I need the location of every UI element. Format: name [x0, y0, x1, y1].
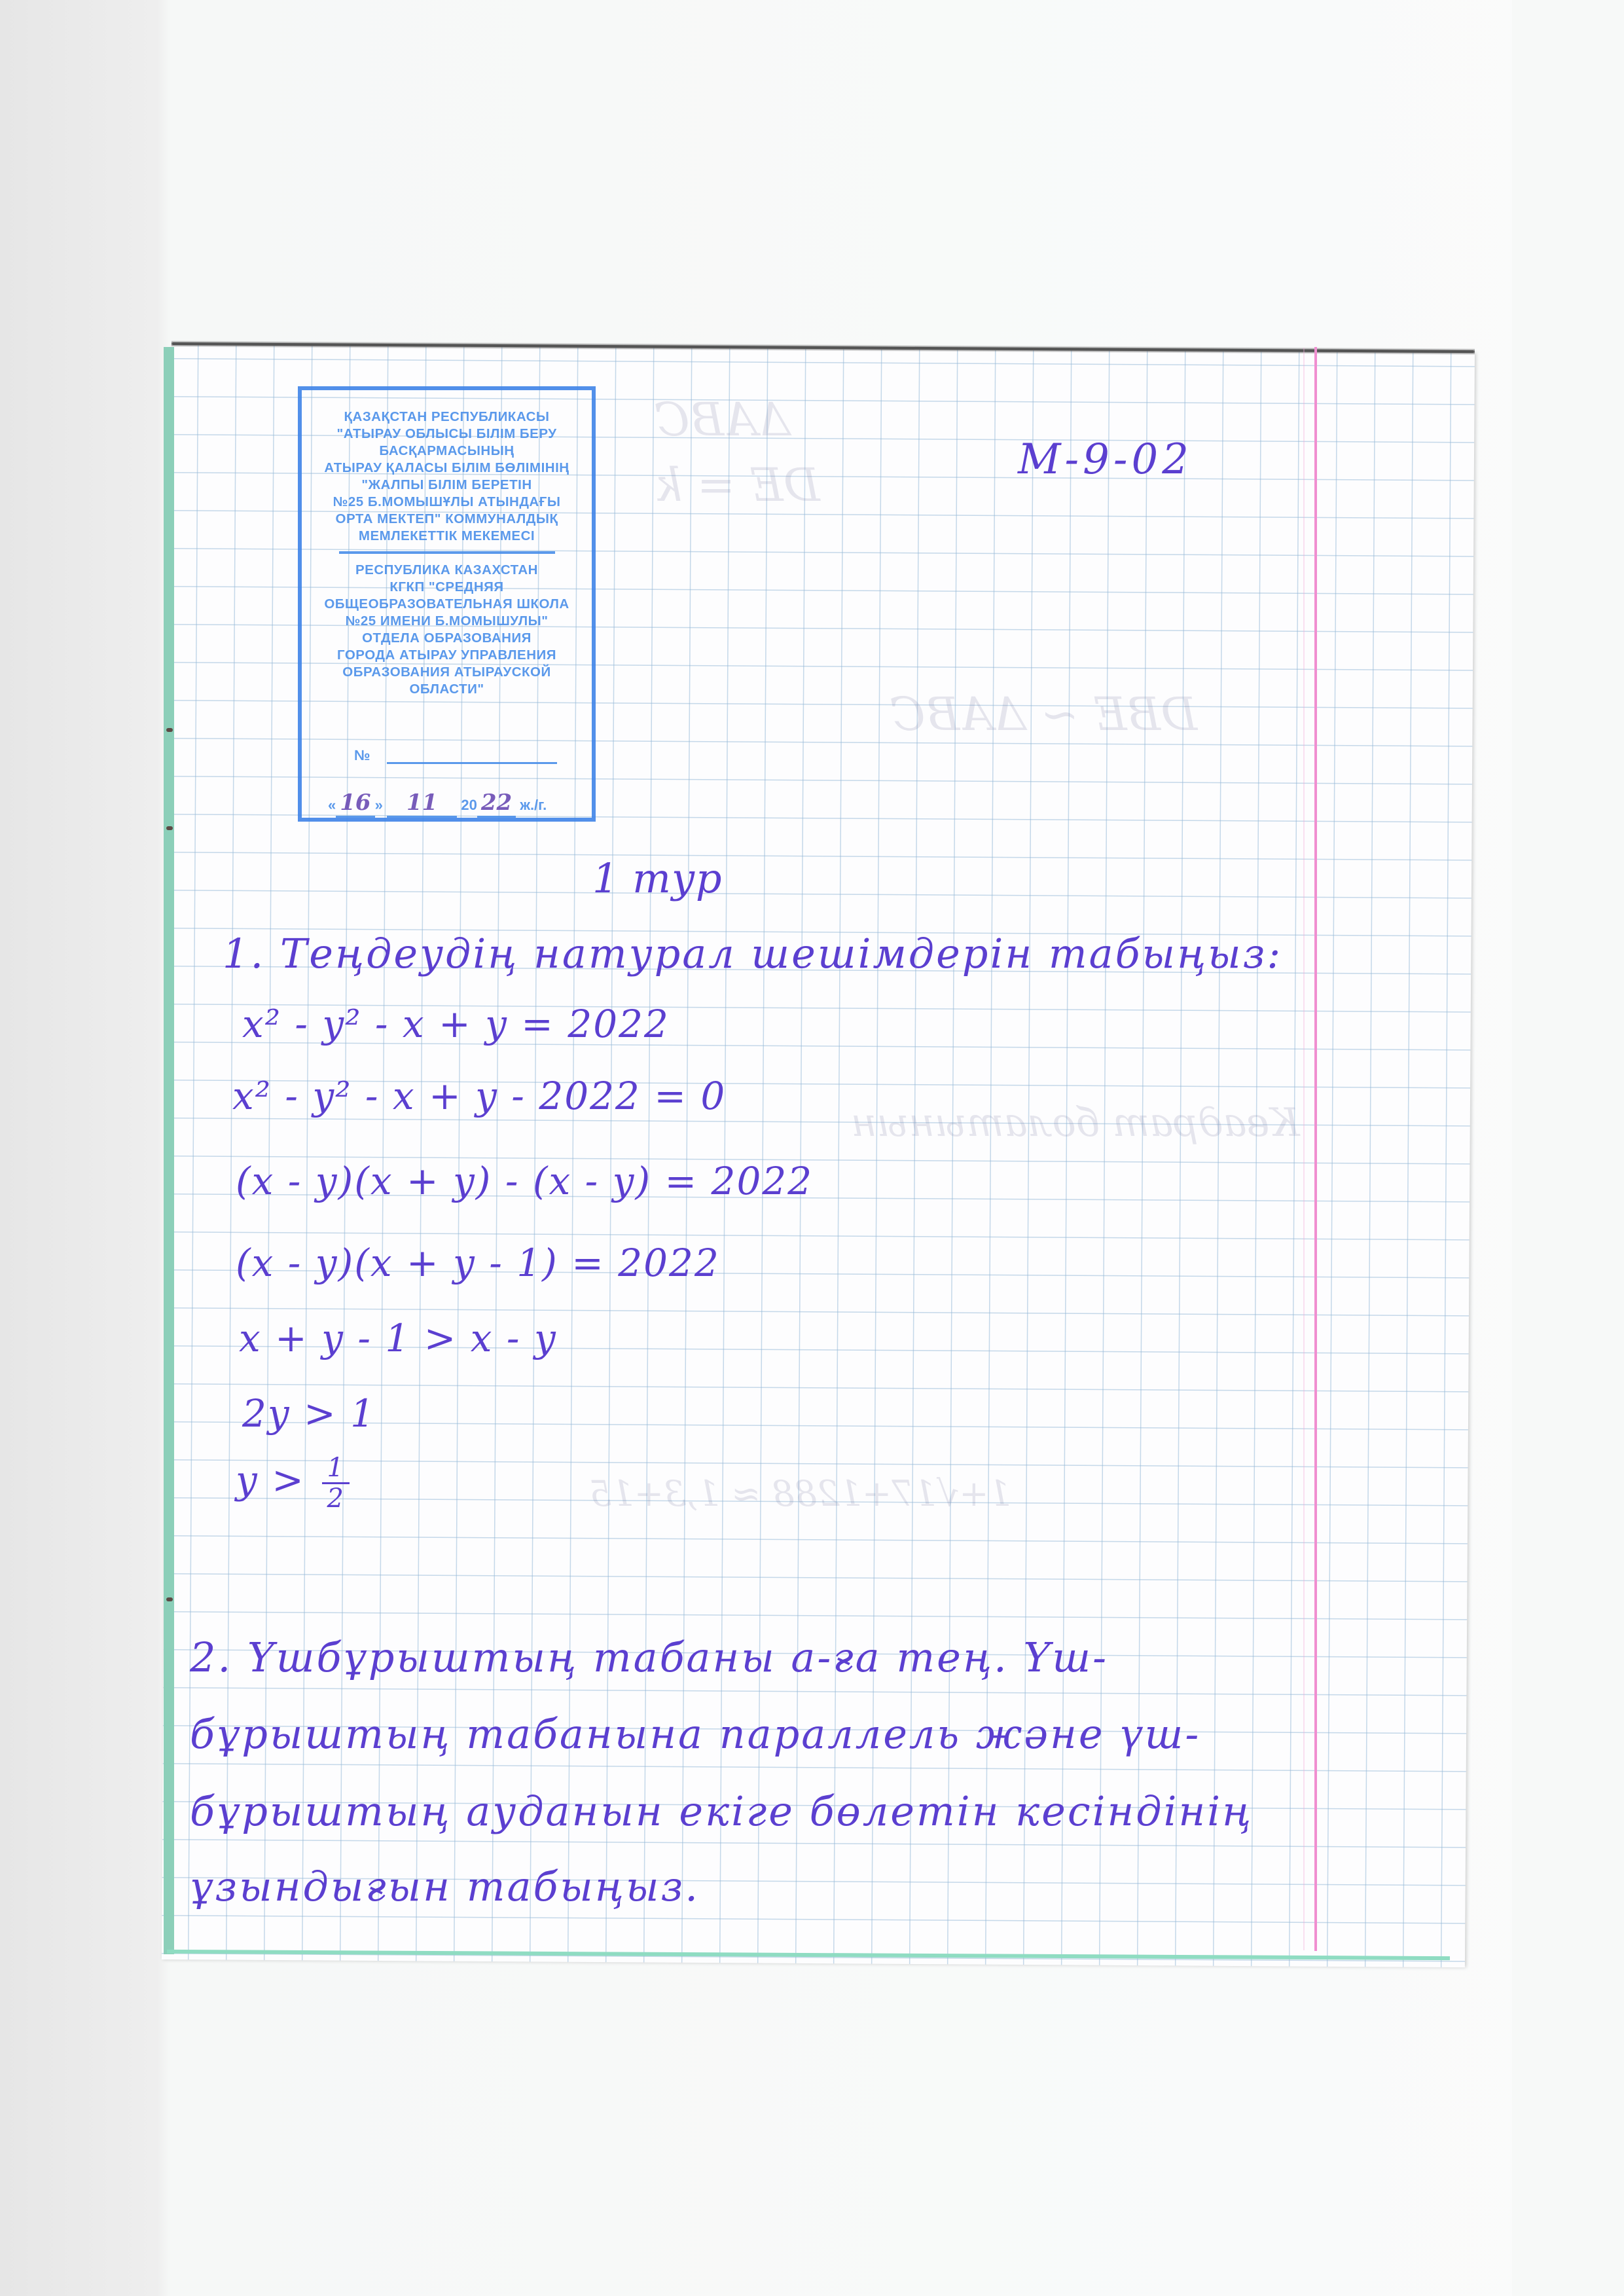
problem-2-line: бұрыштың ауданын екіге бөлетін кесіндіні… [190, 1787, 1253, 1835]
stamp-russian-text: РЕСПУБЛИКА КАЗАХСТАН КГКП "СРЕДНЯЯ ОБЩЕО… [302, 562, 592, 698]
stamp-number-label: № [354, 747, 370, 764]
official-stamp: ҚАЗАҚСТАН РЕСПУБЛИКАСЫ "АТЫРАУ ОБЛЫСЫ БІ… [298, 386, 596, 822]
bleed-through-ghost: Квадрат болатынын [851, 1100, 1300, 1146]
bleed-through-ghost: 1+√17+1288 ≈ 1,3+15 [589, 1473, 1011, 1514]
stamp-kazakh-text: ҚАЗАҚСТАН РЕСПУБЛИКАСЫ "АТЫРАУ ОБЛЫСЫ БІ… [302, 409, 592, 545]
notebook-cover-edge-left [164, 347, 174, 1954]
scanner-background-right [1512, 0, 1624, 2296]
solution-line: x + y - 1 > x - y [239, 1316, 557, 1360]
stamp-date-month: 11 [387, 790, 457, 818]
solution-line: x² - y² - x + y = 2022 [242, 1002, 670, 1046]
round-title: 1 тур [592, 854, 723, 902]
solution-line: 2y > 1 [242, 1391, 376, 1436]
solution-line: (x - y)(x + y) - (x - y) = 2022 [236, 1159, 813, 1203]
bleed-through-ghost: ΔABC [655, 393, 790, 446]
problem-1-statement: 1. Теңдеудің натурал шешімдерін табыңыз: [223, 930, 1282, 977]
staple-hole [166, 728, 173, 732]
document-code: М-9-02 [1018, 435, 1193, 484]
stamp-date-day: 16 [336, 790, 374, 818]
solution-line: x² - y² - x + y - 2022 = 0 [232, 1074, 726, 1118]
stamp-divider [339, 551, 555, 554]
bleed-through-ghost: DBE ~ ΔABC [890, 687, 1197, 741]
problem-2-line: бұрыштың табанына параллель және үш- [190, 1710, 1200, 1758]
solution-line: (x - y)(x + y - 1) = 2022 [236, 1241, 720, 1285]
solution-line: y > 1 2 [236, 1453, 350, 1513]
bleed-through-ghost: DE = k [655, 458, 820, 512]
problem-2-line: 2. Үшбұрыштың табаны а-ға тең. Үш- [190, 1633, 1108, 1681]
problem-2-line: ұзындығын табыңыз. [190, 1863, 700, 1910]
stamp-number-line [387, 762, 557, 764]
stamp-date-year: 22 [477, 790, 516, 818]
stamp-date: «16» 11 2022 ж./г. [328, 790, 590, 816]
staple-hole [166, 1597, 173, 1601]
margin-line [1314, 347, 1317, 1951]
staple-hole [166, 826, 173, 830]
fraction: 1 2 [322, 1453, 350, 1513]
